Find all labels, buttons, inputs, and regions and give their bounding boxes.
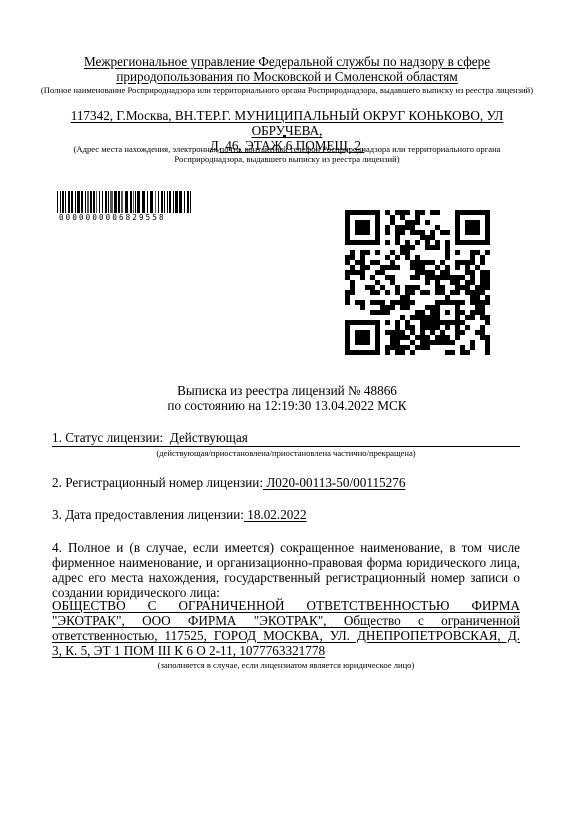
license-date-row: 3. Дата предоставления лицензии: 18.02.2… bbox=[52, 507, 520, 522]
registration-number-row: 2. Регистрационный номер лицензии: Л020-… bbox=[52, 475, 520, 490]
license-date-label: 3. Дата предоставления лицензии: bbox=[52, 507, 244, 522]
issuer-address-caption: (Адрес места нахождения, электронная поч… bbox=[40, 145, 534, 164]
extract-title-timestamp: по состоянию на 12:19:30 13.04.2022 МСК bbox=[52, 398, 522, 413]
licensee-details-line-1: ОБЩЕСТВО С ОГРАНИЧЕННОЙ ОТВЕТСТВЕННОСТЬЮ… bbox=[52, 598, 520, 613]
issuer-name: Межрегиональное управление Федеральной с… bbox=[52, 54, 522, 84]
registration-number-label: 2. Регистрационный номер лицензии: bbox=[52, 475, 263, 490]
licensee-details-caption: (заполняется в случае, если лицензиатом … bbox=[52, 661, 520, 671]
license-status-caption: (действующая/приостановлена/приостановле… bbox=[52, 449, 520, 459]
licensee-details-line-2: "ЭКОТРАК", ООО ФИРМА "ЭКОТРАК", Общество… bbox=[52, 613, 520, 628]
license-status-row: 1. Статус лицензии: Действующая bbox=[52, 430, 520, 445]
qr-code-icon bbox=[345, 210, 490, 355]
licensee-details-line-3: ответственностью, 117525, ГОРОД МОСКВА, … bbox=[52, 628, 520, 643]
barcode-digits: 0000000006829558 bbox=[57, 213, 193, 222]
license-date-value: 18.02.2022 bbox=[247, 507, 306, 522]
extract-title-number: Выписка из реестра лицензий № 48866 bbox=[52, 383, 522, 398]
issuer-name-line-2: природопользования по Московской и Смоле… bbox=[52, 69, 522, 84]
barcode-icon: 0000000006829558 bbox=[57, 191, 193, 223]
extract-title: Выписка из реестра лицензий № 48866 по с… bbox=[52, 383, 522, 413]
license-status-value: Действующая bbox=[170, 430, 248, 445]
barcode-bars bbox=[57, 191, 193, 213]
licensee-details: ОБЩЕСТВО С ОГРАНИЧЕННОЙ ОТВЕТСТВЕННОСТЬЮ… bbox=[52, 598, 520, 658]
registration-number-value: Л020-00113-50/00115276 bbox=[266, 475, 405, 490]
licensee-description-label: 4. Полное и (в случае, если имеется) сок… bbox=[52, 540, 520, 600]
empty-contact-underline bbox=[283, 135, 286, 137]
licensee-details-line-4: 3, К. 5, ЭТ 1 ПОМ III К 6 О 2-11, 107776… bbox=[52, 643, 520, 658]
qr-code-modules bbox=[345, 210, 490, 355]
license-status-label: 1. Статус лицензии: bbox=[52, 430, 163, 445]
issuer-name-line-1: Межрегиональное управление Федеральной с… bbox=[52, 54, 522, 69]
issuer-name-caption: (Полное наименование Росприроднадзора ил… bbox=[30, 86, 544, 96]
issuer-address-line-1: 117342, Г.Москва, ВН.ТЕР.Г. МУНИЦИПАЛЬНЫ… bbox=[52, 108, 522, 138]
